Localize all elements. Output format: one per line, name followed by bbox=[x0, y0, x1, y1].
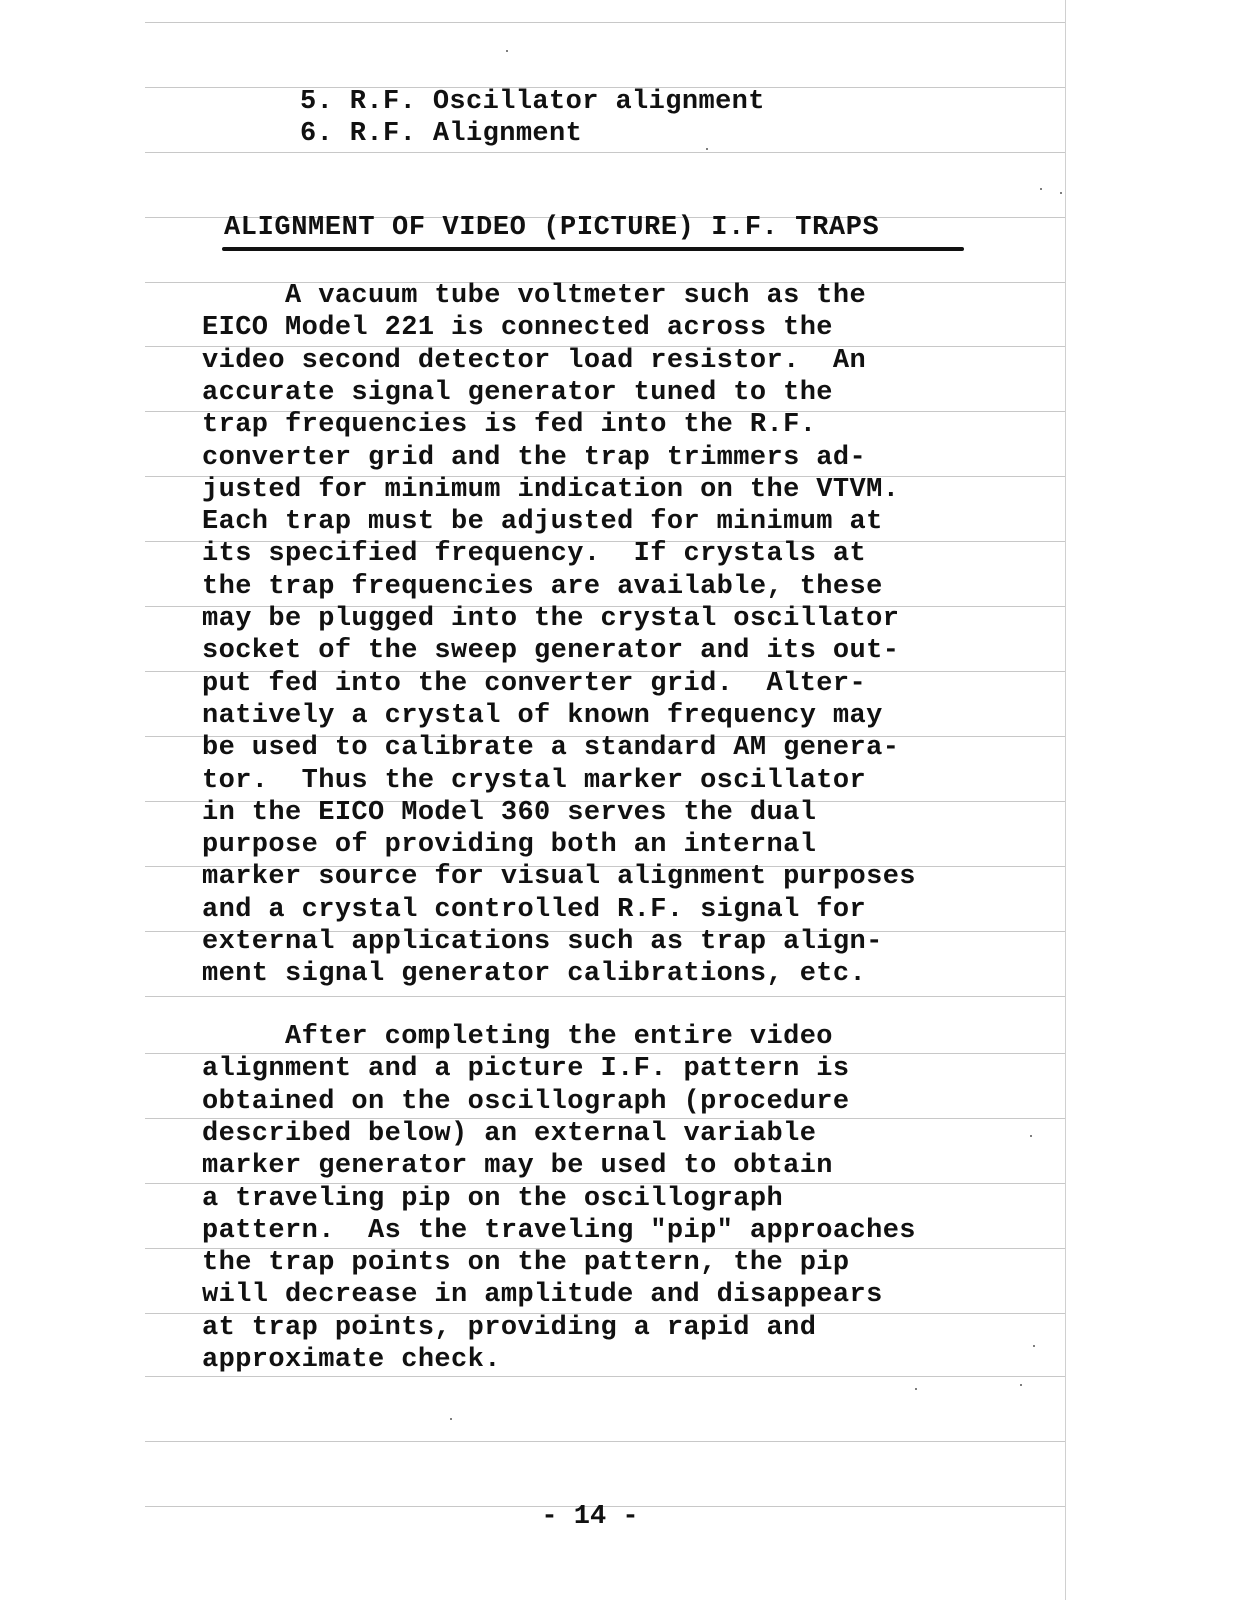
text-line: at trap points, providing a rapid and bbox=[202, 1312, 816, 1344]
right-margin-line bbox=[1065, 0, 1066, 1600]
section-heading: ALIGNMENT OF VIDEO (PICTURE) I.F. TRAPS bbox=[224, 212, 879, 244]
list-item-5: 5. R.F. Oscillator alignment bbox=[300, 86, 765, 118]
text-line: may be plugged into the crystal oscillat… bbox=[202, 603, 899, 635]
text-line: ment signal generator calibrations, etc. bbox=[202, 958, 866, 990]
text-line: approximate check. bbox=[202, 1344, 501, 1376]
text-line: put fed into the converter grid. Alter- bbox=[202, 668, 866, 700]
ruled-line bbox=[145, 22, 1066, 23]
text-line: its specified frequency. If crystals at bbox=[202, 538, 866, 570]
text-line: converter grid and the trap trimmers ad- bbox=[202, 442, 866, 474]
ruled-line bbox=[145, 152, 1066, 153]
heading-underline bbox=[222, 247, 964, 251]
text-line: the trap frequencies are available, thes… bbox=[202, 571, 883, 603]
ruled-line bbox=[145, 996, 1066, 997]
page-number: - 14 - bbox=[0, 1502, 1180, 1532]
text-line: marker source for visual alignment purpo… bbox=[202, 861, 916, 893]
text-line: tor. Thus the crystal marker oscillator bbox=[202, 765, 866, 797]
text-line: justed for minimum indication on the VTV… bbox=[202, 474, 899, 506]
text-line: video second detector load resistor. An bbox=[202, 345, 866, 377]
text-line: be used to calibrate a standard AM gener… bbox=[202, 732, 899, 764]
text-line: EICO Model 221 is connected across the bbox=[202, 312, 833, 344]
list-item-6: 6. R.F. Alignment bbox=[300, 118, 582, 150]
ruled-line bbox=[145, 1376, 1066, 1377]
text-line: marker generator may be used to obtain bbox=[202, 1150, 833, 1182]
scan-speck bbox=[1020, 1384, 1022, 1386]
scan-speck bbox=[450, 1418, 452, 1420]
text-line: obtained on the oscillograph (procedure bbox=[202, 1086, 850, 1118]
text-line: in the EICO Model 360 serves the dual bbox=[202, 797, 816, 829]
scanned-document-page: 5. R.F. Oscillator alignment 6. R.F. Ali… bbox=[0, 0, 1237, 1600]
text-line: will decrease in amplitude and disappear… bbox=[202, 1279, 883, 1311]
text-line: described below) an external variable bbox=[202, 1118, 816, 1150]
text-line: the trap points on the pattern, the pip bbox=[202, 1247, 850, 1279]
scan-speck bbox=[915, 1388, 917, 1390]
text-line: After completing the entire video bbox=[202, 1021, 833, 1053]
text-line: trap frequencies is fed into the R.F. bbox=[202, 409, 816, 441]
text-line: alignment and a picture I.F. pattern is bbox=[202, 1053, 850, 1085]
scan-speck bbox=[506, 50, 508, 52]
text-line: pattern. As the traveling "pip" approach… bbox=[202, 1215, 916, 1247]
text-line: and a crystal controlled R.F. signal for bbox=[202, 894, 866, 926]
scan-speck bbox=[1030, 1135, 1032, 1137]
scan-speck bbox=[1040, 188, 1042, 190]
text-line: a traveling pip on the oscillograph bbox=[202, 1183, 783, 1215]
text-line: Each trap must be adjusted for minimum a… bbox=[202, 506, 883, 538]
text-line: purpose of providing both an internal bbox=[202, 829, 816, 861]
text-line: natively a crystal of known frequency ma… bbox=[202, 700, 883, 732]
scan-speck bbox=[1060, 192, 1062, 194]
scan-speck bbox=[1033, 1345, 1035, 1347]
text-line: accurate signal generator tuned to the bbox=[202, 377, 833, 409]
text-line: external applications such as trap align… bbox=[202, 926, 883, 958]
text-line: socket of the sweep generator and its ou… bbox=[202, 635, 899, 667]
text-line: A vacuum tube voltmeter such as the bbox=[202, 280, 866, 312]
ruled-line bbox=[145, 1441, 1066, 1442]
scan-speck bbox=[706, 148, 708, 150]
